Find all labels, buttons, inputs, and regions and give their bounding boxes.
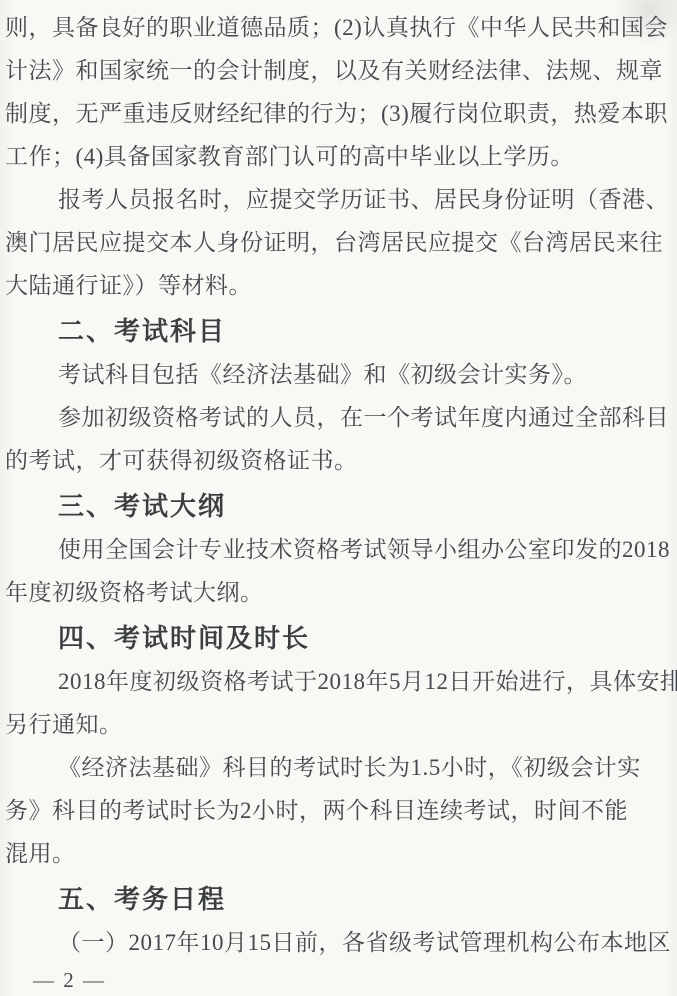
text-line: 则，具备良好的职业道德品质；(2)认真执行《中华人民共和国会 — [5, 6, 669, 49]
text-line: （一）2017年10月15日前，各省级考试管理机构公布本地区 — [5, 921, 669, 964]
section-heading-exam-time: 四、考试时间及时长 — [5, 617, 669, 660]
text-line: 年度初级资格考试大纲。 — [5, 571, 669, 614]
text-line: 混用。 — [5, 832, 669, 875]
text-line: 报考人员报名时，应提交学历证书、居民身份证明（香港、 — [5, 178, 669, 221]
text-line: 工作；(4)具备国家教育部门认可的高中毕业以上学历。 — [5, 135, 669, 178]
page-number: — 2 — — [5, 964, 669, 996]
section-heading-exam-subjects: 二、考试科目 — [5, 310, 669, 353]
text-line: 另行通知。 — [5, 703, 669, 746]
text-line: 使用全国会计专业技术资格考试领导小组办公室印发的2018 — [5, 528, 669, 571]
text-line: 制度，无严重违反财经纪律的行为；(3)履行岗位职责，热爱本职 — [5, 92, 669, 135]
text-line: 澳门居民应提交本人身份证明，台湾居民应提交《台湾居民来往 — [5, 221, 669, 264]
text-line: 计法》和国家统一的会计制度，以及有关财经法律、法规、规章 — [5, 49, 669, 92]
section-heading-exam-outline: 三、考试大纲 — [5, 485, 669, 528]
scanned-document-page: 则，具备良好的职业道德品质；(2)认真执行《中华人民共和国会 计法》和国家统一的… — [0, 0, 677, 996]
text-line: 考试科目包括《经济法基础》和《初级会计实务》。 — [5, 353, 669, 396]
section-heading-exam-schedule: 五、考务日程 — [5, 878, 669, 921]
text-line: 务》科目的考试时长为2小时，两个科目连续考试，时间不能 — [5, 789, 669, 832]
text-line: 2018年度初级资格考试于2018年5月12日开始进行，具体安排 — [5, 660, 669, 703]
text-line: 《经济法基础》科目的考试时长为1.5小时，《初级会计实 — [5, 746, 669, 789]
text-line: 的考试，才可获得初级资格证书。 — [5, 439, 669, 482]
text-line: 参加初级资格考试的人员，在一个考试年度内通过全部科目 — [5, 396, 669, 439]
text-line: 大陆通行证》）等材料。 — [5, 264, 669, 307]
